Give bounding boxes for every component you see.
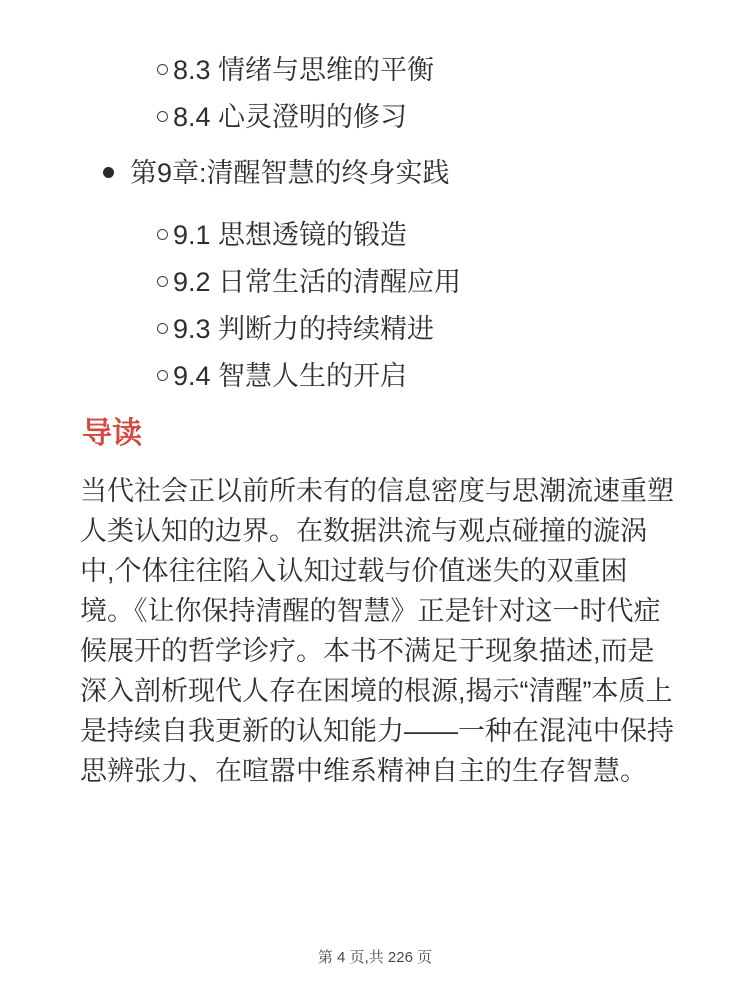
toc-item-label: 8.4 心灵澄明的修习 (173, 102, 407, 132)
toc-item: 9.2 日常生活的清醒应用 (80, 262, 677, 302)
toc-item: 9.4 智慧人生的开启 (80, 356, 677, 396)
page-content: 8.3 情绪与思维的平衡 8.4 心灵澄明的修习 第9章:清醒智慧的终身实践 9… (0, 0, 750, 791)
disc-bullet-icon (103, 167, 114, 178)
page-indicator: 第 4 页,共 226 页 (0, 948, 750, 968)
toc-item-chapter: 第9章:清醒智慧的终身实践 (80, 153, 677, 193)
circle-bullet-icon (157, 276, 168, 287)
toc-item-label: 8.3 情绪与思维的平衡 (173, 55, 434, 85)
circle-bullet-icon (157, 370, 168, 381)
circle-bullet-icon (157, 229, 168, 240)
guide-paragraph: 当代社会正以前所未有的信息密度与思潮流速重塑人类认知的边界。在数据洪流与观点碰撞… (80, 471, 677, 791)
toc-item-label: 9.4 智慧人生的开启 (173, 361, 407, 391)
section-heading: 导读 (82, 414, 677, 454)
table-of-contents: 8.3 情绪与思维的平衡 8.4 心灵澄明的修习 第9章:清醒智慧的终身实践 9… (80, 50, 677, 403)
toc-item: 8.3 情绪与思维的平衡 (80, 50, 677, 90)
document-page: 8.3 情绪与思维的平衡 8.4 心灵澄明的修习 第9章:清醒智慧的终身实践 9… (0, 0, 750, 1000)
toc-item-label: 9.1 思想透镜的锻造 (173, 220, 407, 250)
toc-item: 9.1 思想透镜的锻造 (80, 215, 677, 255)
toc-item-label: 9.2 日常生活的清醒应用 (173, 267, 461, 297)
toc-item: 9.3 判断力的持续精进 (80, 309, 677, 349)
circle-bullet-icon (157, 64, 168, 75)
toc-item-label: 第9章:清醒智慧的终身实践 (130, 158, 450, 188)
toc-item-label: 9.3 判断力的持续精进 (173, 314, 434, 344)
circle-bullet-icon (157, 323, 168, 334)
circle-bullet-icon (157, 111, 168, 122)
toc-item: 8.4 心灵澄明的修习 (80, 97, 677, 137)
